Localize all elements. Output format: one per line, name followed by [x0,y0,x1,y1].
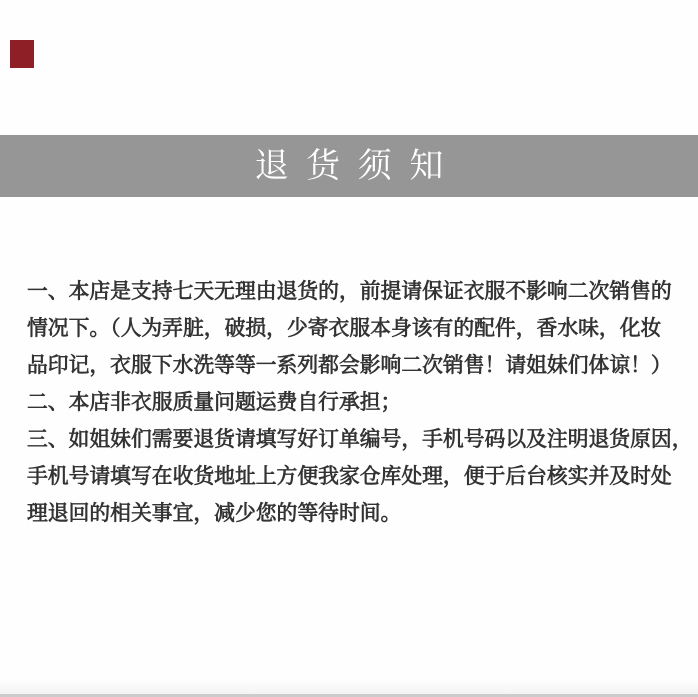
page-title: 退 货 须 知 [251,149,448,183]
notice-line: 品印记，衣服下水洗等等一系列都会影响二次销售！请姐妹们体谅！） [27,347,675,384]
notice-line: 手机号请填写在收货地址上方便我家仓库处理，便于后台核实并及时处 [27,458,675,495]
notice-body: 一、本店是支持七天无理由退货的，前提请保证衣服不影响二次销售的 情况下。（人为弄… [27,273,675,532]
bottom-shadow [0,680,698,694]
notice-line: 三、如姐妹们需要退货请填写好订单编号，手机号码以及注明退货原因， [27,421,675,458]
return-notice-page: 退 货 须 知 一、本店是支持七天无理由退货的，前提请保证衣服不影响二次销售的 … [0,0,698,697]
title-banner: 退 货 须 知 [0,135,698,197]
notice-line: 一、本店是支持七天无理由退货的，前提请保证衣服不影响二次销售的 [27,273,675,310]
notice-line: 二、本店非衣服质量问题运费自行承担； [27,384,675,421]
red-corner-mark [10,40,34,68]
notice-line: 理退回的相关事宜，减少您的等待时间。 [27,495,675,532]
notice-line: 情况下。（人为弄脏，破损，少寄衣服本身该有的配件，香水味，化妆 [27,310,675,347]
